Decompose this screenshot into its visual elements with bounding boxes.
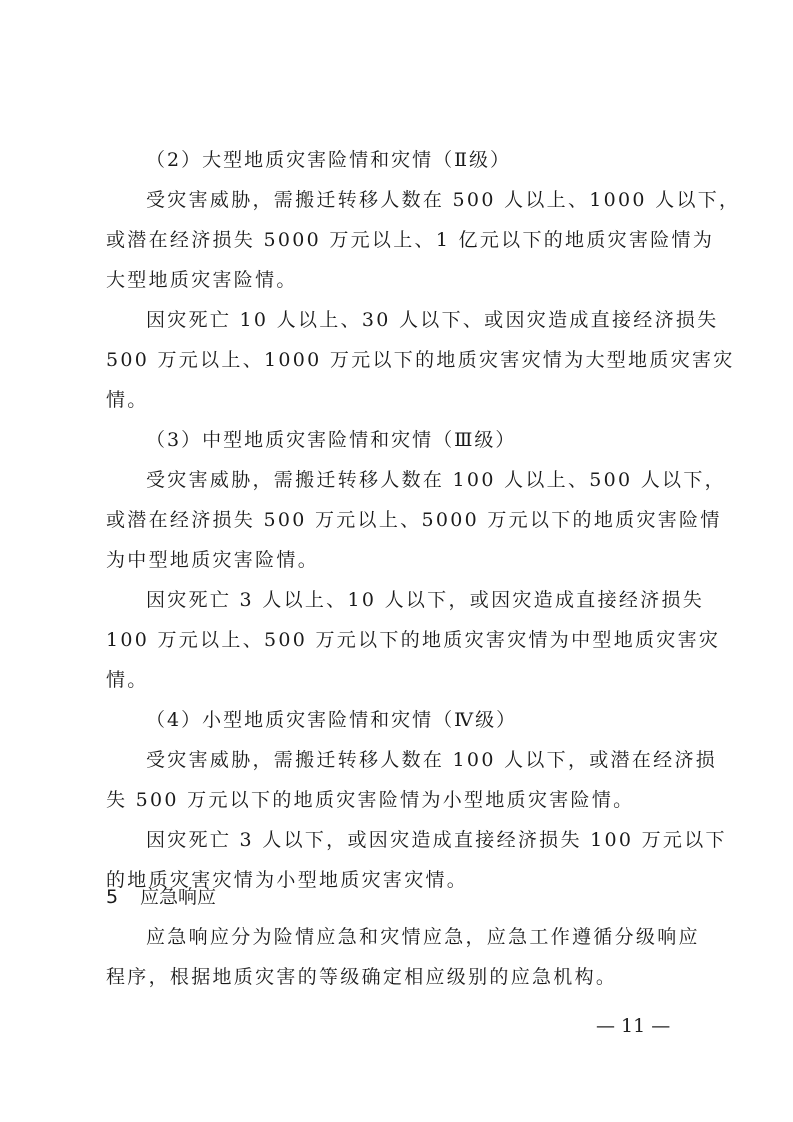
subsection-heading-level-3: （3）中型地质灾害险情和灾情（Ⅲ级） bbox=[106, 428, 516, 452]
paragraph-line: 失 500 万元以下的地质灾害险情为小型地质灾害险情。 bbox=[106, 788, 634, 812]
paragraph-line: 受灾害威胁，需搬迁转移人数在 100 人以上、500 人以下， bbox=[106, 468, 694, 492]
paragraph-line: 受灾害威胁，需搬迁转移人数在 100 人以下，或潜在经济损 bbox=[106, 748, 694, 772]
paragraph-line: 程序，根据地质灾害的等级确定相应级别的应急机构。 bbox=[106, 965, 617, 989]
page-number: — 11 — bbox=[596, 1014, 670, 1038]
chapter-heading: 5应急响应 bbox=[106, 885, 216, 909]
paragraph-line: 情。 bbox=[106, 668, 149, 692]
paragraph-line: 受灾害威胁，需搬迁转移人数在 500 人以上、1000 人以下， bbox=[106, 188, 694, 212]
paragraph-line: 500 万元以上、1000 万元以下的地质灾害灾情为大型地质灾害灾 bbox=[106, 348, 694, 372]
paragraph-line: 因灾死亡 3 人以下，或因灾造成直接经济损失 100 万元以下 bbox=[106, 828, 694, 852]
paragraph-line: 或潜在经济损失 5000 万元以上、1 亿元以下的地质灾害险情为 bbox=[106, 228, 694, 252]
paragraph-line: 因灾死亡 10 人以上、30 人以下、或因灾造成直接经济损失 bbox=[106, 308, 694, 332]
chapter-title: 应急响应 bbox=[140, 886, 216, 908]
paragraph-line: 为中型地质灾害险情。 bbox=[106, 548, 319, 572]
subsection-heading-level-4: （4）小型地质灾害险情和灾情（Ⅳ级） bbox=[106, 708, 517, 732]
subsection-heading-level-2: （2）大型地质灾害险情和灾情（Ⅱ级） bbox=[106, 148, 511, 172]
paragraph-line: 大型地质灾害险情。 bbox=[106, 268, 298, 292]
paragraph-line: 或潜在经济损失 500 万元以上、5000 万元以下的地质灾害险情 bbox=[106, 508, 694, 532]
paragraph-line: 应急响应分为险情应急和灾情应急，应急工作遵循分级响应 bbox=[106, 925, 694, 949]
paragraph-line: 100 万元以上、500 万元以下的地质灾害灾情为中型地质灾害灾 bbox=[106, 628, 694, 652]
paragraph-line: 情。 bbox=[106, 388, 149, 412]
paragraph-line: 因灾死亡 3 人以上、10 人以下，或因灾造成直接经济损失 bbox=[106, 588, 694, 612]
chapter-number: 5 bbox=[106, 885, 140, 909]
